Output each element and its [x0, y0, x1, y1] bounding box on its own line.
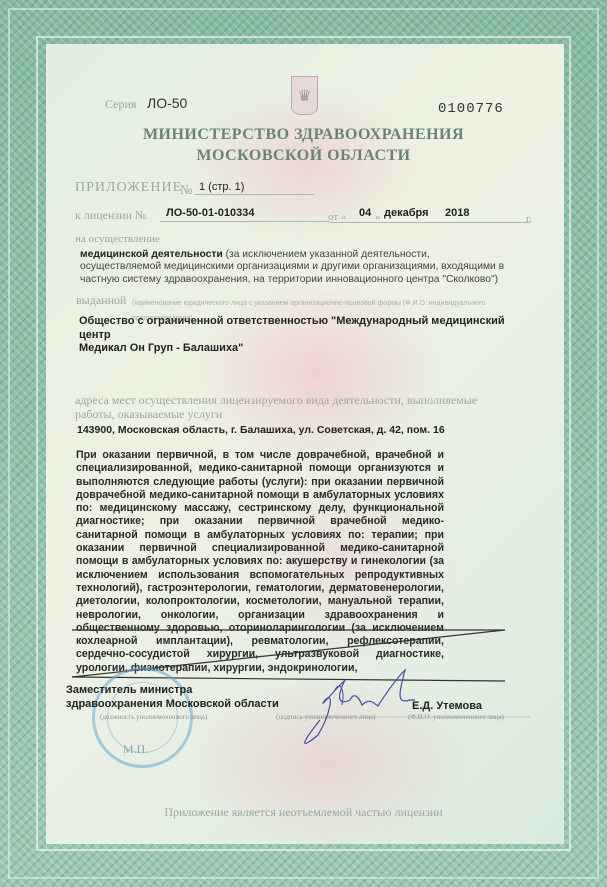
footer-note: Приложение является неотъемлемой частью … — [0, 805, 607, 820]
signature-icon — [0, 0, 607, 887]
